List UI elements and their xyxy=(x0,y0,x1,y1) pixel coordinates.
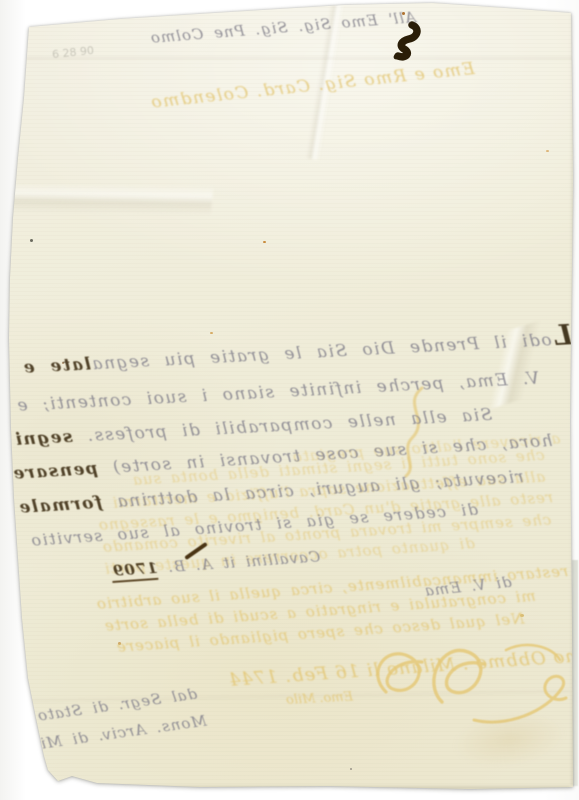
bleed-gray-line: Lodi il Prende Dio Sia le gratie piu seg… xyxy=(21,321,573,378)
paper-edge-shadow xyxy=(40,786,570,790)
foxing-speck xyxy=(30,239,33,242)
scan-background: 6 28 90 All' Emo Sig. Sig. Pne Colmo Emo… xyxy=(0,0,579,800)
foxing-speck xyxy=(546,150,549,152)
paper-sheet: 6 28 90 All' Emo Sig. Sig. Pne Colmo Emo… xyxy=(0,0,579,800)
paper-crease xyxy=(0,137,216,253)
bleed-gray-line: Cavallini it A. B. 1709 xyxy=(111,549,320,579)
pencil-inventory-note: 6 28 90 xyxy=(51,44,94,61)
bleed-signature-small: Emo. Milo xyxy=(286,690,354,706)
paper-edge-shadow xyxy=(571,14,575,786)
foxing-speck xyxy=(210,332,213,334)
bleed-heading-line: Emo e Rmo Sig. Card. Colendmo xyxy=(149,61,475,112)
foxing-speck xyxy=(350,768,352,770)
foxing-speck xyxy=(263,241,266,243)
bleed-address-line: All' Emo Sig. Sig. Pne Colmo xyxy=(149,10,416,46)
paper-wrap: 6 28 90 All' Emo Sig. Sig. Pne Colmo Emo… xyxy=(0,0,579,800)
docket-line: Mons. Arciv. di Milano xyxy=(3,714,208,757)
